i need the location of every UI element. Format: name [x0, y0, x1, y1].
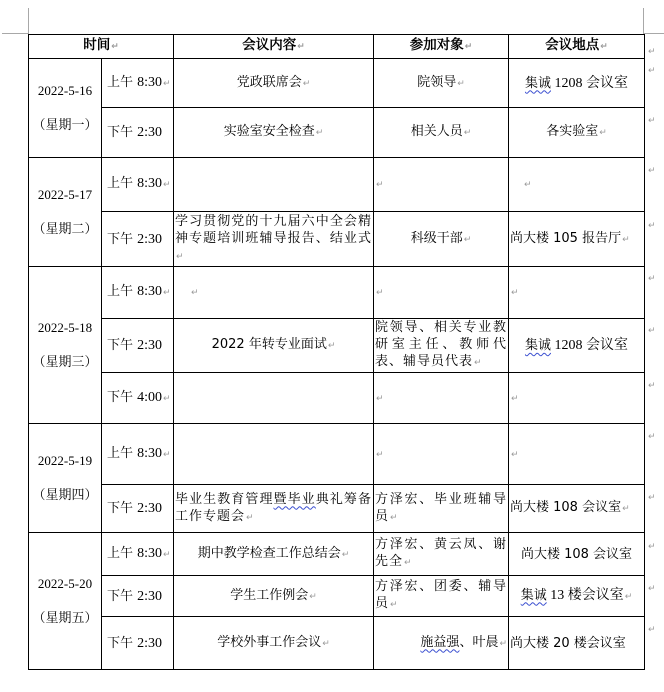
table-row: 下午 2:30 2022 年转专业面试↵ 院领导、相关专业教研室主任、教师代表、… — [29, 319, 645, 373]
date-cell: 2022-5-16（星期一） — [29, 59, 102, 158]
participants-cell: 院领导↵ — [374, 59, 509, 108]
participants-cell: 方泽宏、毕业班辅导员↵ — [374, 485, 509, 533]
content-cell — [174, 158, 374, 212]
participants-cell: 科级干部↵ — [374, 212, 509, 267]
table-row: 下午 2:30 学生工作例会↵ 方泽宏、团委、辅导员↵ 集诚 13 楼会议室↵ — [29, 576, 645, 617]
content-cell — [174, 373, 374, 424]
content-cell: 学生工作例会↵ — [174, 576, 374, 617]
content-cell: 2022 年转专业面试↵ — [174, 319, 374, 373]
time-cell: 下午 2:30 — [102, 485, 174, 533]
content-cell: 实验室安全检查↵ — [174, 108, 374, 158]
time-cell: 下午 2:30 — [102, 617, 174, 670]
location-cell: ↵ — [509, 267, 645, 319]
content-cell: 期中教学检查工作总结会↵ — [174, 533, 374, 576]
participants-cell: 施益强、叶晨↵ — [374, 617, 509, 670]
location-cell: ↵ — [509, 424, 645, 485]
location-cell: 集诚 1208 会议室 — [509, 59, 645, 108]
header-participants: 参加对象↵ — [374, 35, 509, 59]
time-cell: 下午 2:30 — [102, 319, 174, 373]
participants-cell: ↵ — [374, 424, 509, 485]
time-cell: 上午 8:30↵ — [102, 533, 174, 576]
header-content: 会议内容↵ — [174, 35, 374, 59]
participants-cell: 方泽宏、团委、辅导员↵ — [374, 576, 509, 617]
table-row: 下午 2:30 毕业生教育管理暨毕业典礼筹备工作专题会↵ 方泽宏、毕业班辅导员↵… — [29, 485, 645, 533]
participants-cell: 院领导、相关专业教研室主任、教师代表、辅导员代表↵ — [374, 319, 509, 373]
time-cell: 上午 8:30↵ — [102, 59, 174, 108]
crop-mark-left-vertical — [28, 8, 29, 34]
row-end-mark: ↵ — [648, 166, 656, 176]
content-cell: ↵ — [174, 267, 374, 319]
crop-mark-left-horizontal — [2, 33, 28, 34]
content-cell: 学校外事工作会议↵ — [174, 617, 374, 670]
table-row: 2022-5-20（星期五） 上午 8:30↵ 期中教学检查工作总结会↵ 方泽宏… — [29, 533, 645, 576]
location-cell: 尚大楼 108 会议室 — [509, 533, 645, 576]
participants-cell: 方泽宏、黄云凤、谢先全↵ — [374, 533, 509, 576]
date-cell: 2022-5-20（星期五） — [29, 533, 102, 670]
time-cell: 上午 8:30↵ — [102, 267, 174, 319]
location-cell: 尚大楼 20 楼会议室 — [509, 617, 645, 670]
row-end-mark: ↵ — [648, 221, 656, 231]
time-cell: 下午 4:00↵ — [102, 373, 174, 424]
location-cell: ↵ — [509, 373, 645, 424]
participants-cell: ↵ — [374, 373, 509, 424]
table-row: 下午 4:00↵ ↵ ↵ — [29, 373, 645, 424]
location-cell: 尚大楼 108 会议室↵ — [509, 485, 645, 533]
table-header-row: 时间↵ 会议内容↵ 参加对象↵ 会议地点↵ — [29, 35, 645, 59]
meeting-schedule-table: 时间↵ 会议内容↵ 参加对象↵ 会议地点↵ 2022-5-16（星期一） 上午 … — [28, 34, 645, 670]
row-end-mark: ↵ — [648, 47, 656, 57]
location-cell: 集诚 13 楼会议室↵ — [509, 576, 645, 617]
row-end-mark: ↵ — [648, 542, 656, 552]
participants-cell: 相关人员↵ — [374, 108, 509, 158]
time-cell: 下午 2:30 — [102, 212, 174, 267]
table-row: 2022-5-19（星期四） 上午 8:30↵ ↵ ↵ — [29, 424, 645, 485]
participants-cell: ↵ — [374, 267, 509, 319]
content-cell: 党政联席会↵ — [174, 59, 374, 108]
time-cell: 上午 8:30↵ — [102, 158, 174, 212]
date-cell: 2022-5-17（星期二） — [29, 158, 102, 267]
date-cell: 2022-5-18（星期三） — [29, 267, 102, 424]
content-cell: 毕业生教育管理暨毕业典礼筹备工作专题会↵ — [174, 485, 374, 533]
table-row: 下午 2:30 实验室安全检查↵ 相关人员↵ 各实验室↵ — [29, 108, 645, 158]
crop-mark-right-vertical — [643, 8, 644, 34]
row-end-mark: ↵ — [648, 274, 656, 284]
row-end-mark: ↵ — [648, 326, 656, 336]
date-cell: 2022-5-19（星期四） — [29, 424, 102, 533]
time-cell: 下午 2:30 — [102, 576, 174, 617]
table-row: 2022-5-16（星期一） 上午 8:30↵ 党政联席会↵ 院领导↵ 集诚 1… — [29, 59, 645, 108]
content-cell — [174, 424, 374, 485]
header-time: 时间↵ — [29, 35, 174, 59]
table-row: 2022-5-17（星期二） 上午 8:30↵ ↵ ↵ — [29, 158, 645, 212]
table-row: 2022-5-18（星期三） 上午 8:30↵ ↵ ↵ ↵ — [29, 267, 645, 319]
crop-mark-right-horizontal — [644, 33, 664, 34]
time-cell: 上午 8:30↵ — [102, 424, 174, 485]
location-cell: 各实验室↵ — [509, 108, 645, 158]
location-cell: 集诚 1208 会议室 — [509, 319, 645, 373]
table-row: 下午 2:30 学校外事工作会议↵ 施益强、叶晨↵ 尚大楼 20 楼会议室 — [29, 617, 645, 670]
row-end-mark: ↵ — [648, 116, 656, 126]
table-row: 下午 2:30 学习贯彻党的十九届六中全会精神专题培训班辅导报告、结业式↵ 科级… — [29, 212, 645, 267]
location-cell: ↵ — [509, 158, 645, 212]
row-end-mark: ↵ — [648, 66, 656, 76]
location-cell: 尚大楼 105 报告厅↵ — [509, 212, 645, 267]
participants-cell: ↵ — [374, 158, 509, 212]
header-location: 会议地点↵ — [509, 35, 645, 59]
row-end-mark: ↵ — [648, 625, 656, 635]
time-cell: 下午 2:30 — [102, 108, 174, 158]
row-end-mark: ↵ — [648, 432, 656, 442]
content-cell: 学习贯彻党的十九届六中全会精神专题培训班辅导报告、结业式↵ — [174, 212, 374, 267]
row-end-mark: ↵ — [648, 493, 656, 503]
row-end-mark: ↵ — [648, 381, 656, 391]
row-end-mark: ↵ — [648, 584, 656, 594]
